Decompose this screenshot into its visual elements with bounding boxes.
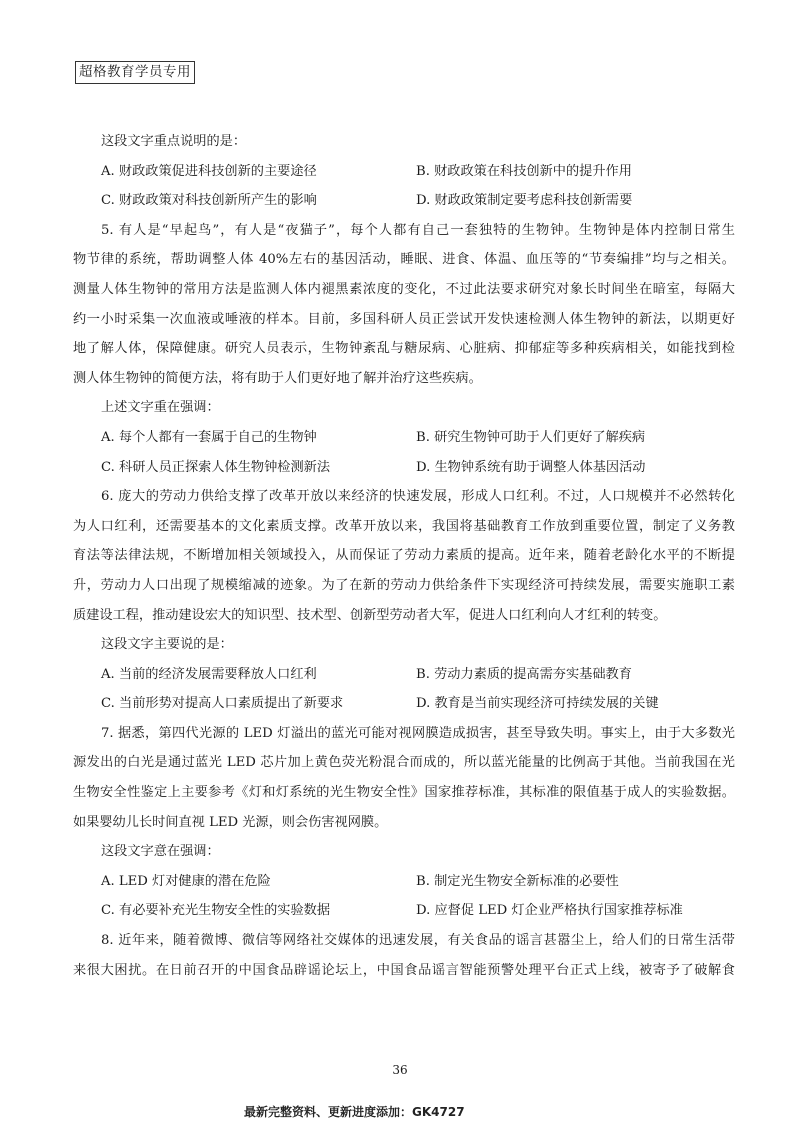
question-5-text: 测人体生物钟的简便方法，将有助于人们更好地了解并治疗这些疾病。 bbox=[73, 364, 735, 394]
question-6-text: 升，劳动力人口出现了规模缩减的迹象。为了在新的劳动力供给条件下实现经济可持续发展… bbox=[73, 571, 735, 601]
options-row: A. 每个人都有一套属于自己的生物钟 B. 研究生物钟可助于人们更好了解疾病 bbox=[73, 423, 735, 453]
options-row: C. 科研人员正探索人体生物钟检测新法 D. 生物钟系统有助于调整人体基因活动 bbox=[73, 453, 735, 483]
options-row: C. 财政政策对科技创新所产生的影响 D. 财政政策制定要考虑科技创新需要 bbox=[73, 186, 735, 216]
question-5-text: 测量人体生物钟的常用方法是监测人体内褪黑素浓度的变化，不过此法要求研究对象长时间… bbox=[73, 275, 735, 305]
footer-note: 最新完整资料、更新进度添加：GK4727 bbox=[244, 1103, 465, 1120]
question-7-text: 生物安全性鉴定上主要参考《灯和灯系统的光生物安全性》国家推荐标准，其标准的限值基… bbox=[73, 778, 735, 808]
options-row: A. 财政政策促进科技创新的主要途径 B. 财政政策在科技创新中的提升作用 bbox=[73, 157, 735, 187]
question-prompt: 这段文字意在强调： bbox=[73, 837, 735, 867]
option-d: D. 教育是当前实现经济可持续发展的关键 bbox=[416, 689, 731, 719]
option-c: C. 科研人员正探索人体生物钟检测新法 bbox=[101, 453, 416, 483]
question-7-text: 7. 据悉，第四代光源的 LED 灯溢出的蓝光可能对视网膜造成损害，甚至导致失明… bbox=[73, 719, 735, 749]
options-row: A. 当前的经济发展需要释放人口红利 B. 劳动力素质的提高需夯实基础教育 bbox=[73, 660, 735, 690]
option-d: D. 应督促 LED 灯企业严格执行国家推荐标准 bbox=[416, 896, 731, 926]
option-b: B. 研究生物钟可助于人们更好了解疾病 bbox=[416, 423, 731, 453]
question-8-text: 来很大困扰。在日前召开的中国食品辟谣论坛上，中国食品谣言智能预警处理平台正式上线… bbox=[73, 956, 735, 986]
option-b: B. 财政政策在科技创新中的提升作用 bbox=[416, 157, 731, 187]
watermark-badge: 超格教育学员专用 bbox=[75, 61, 195, 84]
question-5-text: 约一小时采集一次血液或唾液的样本。目前，多国科研人员正尝试开发快速检测人体生物钟… bbox=[73, 305, 735, 335]
option-c: C. 有必要补充光生物安全性的实验数据 bbox=[101, 896, 416, 926]
option-b: B. 制定光生物安全新标准的必要性 bbox=[416, 867, 731, 897]
question-8-text: 8. 近年来，随着微博、微信等网络社交媒体的迅速发展，有关食品的谣言甚嚣尘上，给… bbox=[73, 926, 735, 956]
option-b: B. 劳动力素质的提高需夯实基础教育 bbox=[416, 660, 731, 690]
question-5-text: 5. 有人是“早起鸟”，有人是“夜猫子”，每个人都有自己一套独特的生物钟。生物钟… bbox=[73, 216, 735, 246]
page-number: 36 bbox=[0, 1063, 800, 1077]
question-7-text: 源发出的白光是通过蓝光 LED 芯片加上黄色荧光粉混合而成的，所以蓝光能量的比例… bbox=[73, 748, 735, 778]
question-6-text: 为人口红利，还需要基本的文化素质支撑。改革开放以来，我国将基础教育工作放到重要位… bbox=[73, 512, 735, 542]
question-6-text: 育法等法律法规，不断增加相关领域投入，从而保证了劳动力素质的提高。近年来，随着老… bbox=[73, 541, 735, 571]
question-6-text: 质建设工程，推动建设宏大的知识型、技术型、创新型劳动者大军，促进人口红利向人才红… bbox=[73, 601, 735, 631]
question-prompt: 这段文字重点说明的是： bbox=[73, 127, 735, 157]
options-row: C. 有必要补充光生物安全性的实验数据 D. 应督促 LED 灯企业严格执行国家… bbox=[73, 896, 735, 926]
question-7-text: 如果婴幼儿长时间直视 LED 光源，则会伤害视网膜。 bbox=[73, 808, 735, 838]
page-content: 这段文字重点说明的是： A. 财政政策促进科技创新的主要途径 B. 财政政策在科… bbox=[73, 127, 735, 985]
option-d: D. 财政政策制定要考虑科技创新需要 bbox=[416, 186, 731, 216]
option-a: A. 当前的经济发展需要释放人口红利 bbox=[101, 660, 416, 690]
options-row: C. 当前形势对提高人口素质提出了新要求 D. 教育是当前实现经济可持续发展的关… bbox=[73, 689, 735, 719]
option-d: D. 生物钟系统有助于调整人体基因活动 bbox=[416, 453, 731, 483]
option-c: C. 当前形势对提高人口素质提出了新要求 bbox=[101, 689, 416, 719]
option-a: A. 财政政策促进科技创新的主要途径 bbox=[101, 157, 416, 187]
question-prompt: 上述文字重在强调： bbox=[73, 393, 735, 423]
question-prompt: 这段文字主要说的是： bbox=[73, 630, 735, 660]
question-6-text: 6. 庞大的劳动力供给支撑了改革开放以来经济的快速发展，形成人口红利。不过，人口… bbox=[73, 482, 735, 512]
options-row: A. LED 灯对健康的潜在危险 B. 制定光生物安全新标准的必要性 bbox=[73, 867, 735, 897]
option-a: A. LED 灯对健康的潜在危险 bbox=[101, 867, 416, 897]
option-c: C. 财政政策对科技创新所产生的影响 bbox=[101, 186, 416, 216]
question-5-text: 地了解人体，保障健康。研究人员表示，生物钟紊乱与糖尿病、心脏病、抑郁症等多种疾病… bbox=[73, 334, 735, 364]
question-5-text: 物节律的系统，帮助调整人体 40%左右的基因活动，睡眠、进食、体温、血压等的“节… bbox=[73, 245, 735, 275]
option-a: A. 每个人都有一套属于自己的生物钟 bbox=[101, 423, 416, 453]
